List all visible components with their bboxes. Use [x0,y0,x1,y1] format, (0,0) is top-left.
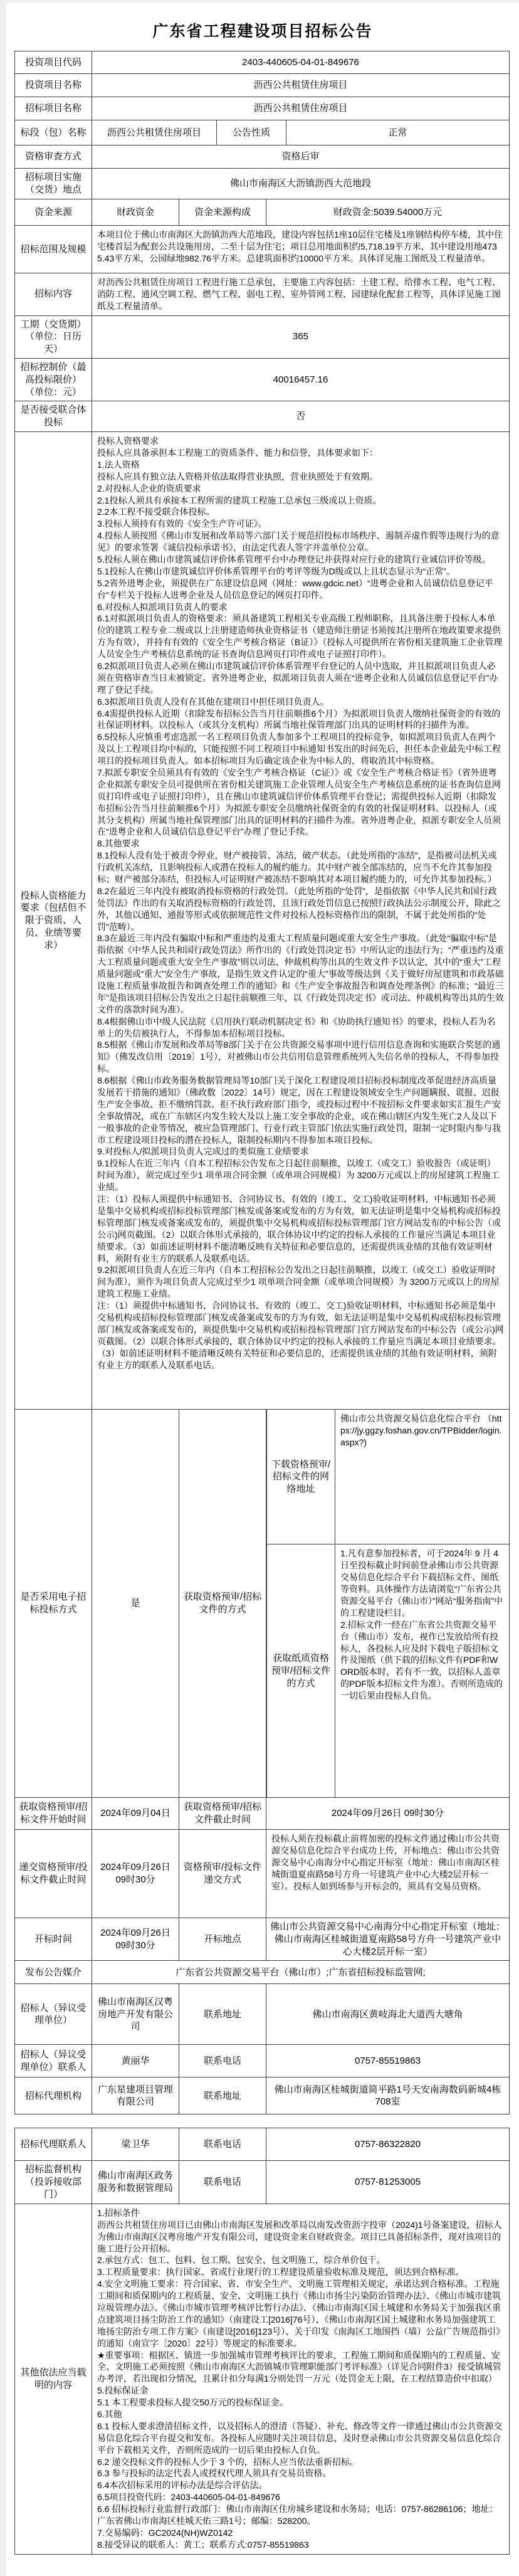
field-value: 佛山市南海区桂城街道简平路1号天安南海数码新城4栋708室 [266,2077,510,2114]
field-value: 沥西公共租赁住房项目 [92,73,510,97]
subrow-download-url: 下载资格预审/招标文件的网络地址 佛山市公共资源交易信息化综合平台 （https… [266,1409,510,1544]
field-label: 招标范围及规模 [14,225,92,273]
field-label: 资格预审/投标文件递交方式 [179,1829,266,1918]
field-value: 2024年09月04日 [92,1797,179,1830]
field-label: 投标人资格能力要求（包括但不限于资质、人员、业绩等要求） [14,431,92,1410]
field-label: 招标控制价（最高投标限价）（单位：元） [14,358,92,401]
field-value: 2403-440605-04-01-849676 [92,51,510,74]
document-access-subtable: 下载资格预审/招标文件的网络地址 佛山市公共资源交易信息化综合平台 （https… [266,1409,510,1798]
row-electronic-bidding: 是否采用电子招标投标方式 是 获取资格预审/招标文件的方式 下载资格预审/招标文… [14,1409,510,1798]
field-value: 佛山市南海区黄岐海北大道西大塘角 [266,1983,510,2045]
row-invest-name: 投资项目名称 沥西公共租赁住房项目 [14,73,510,97]
row-agency-contact: 招标代理联系人 梁卫华 联系电话 0757-86322820 [14,2128,510,2161]
row-price-limit: 招标控制价（最高投标限价）（单位：元） 40016457.16 [14,358,510,401]
row-supervisor: 招标监督机构（投诉接收部门） 佛山市南海区政务服务和数据管理局 联系电话 075… [14,2160,510,2204]
field-value: 沥西公共租赁住房项目 [92,97,510,120]
field-label: 递交资格预审/投标文件截止时间 [14,1829,92,1918]
field-label: 招标项目实施（交货）地点 [14,168,92,199]
row-content: 招标内容 对沥西公共租赁住房项目工程进行施工总承包，主要施工内容包括：土建工程、… [14,273,510,316]
field-value: 佛山市南海区汉粤房地产开发有限公司 [92,1983,179,2045]
field-label: 联系电话 [179,2128,266,2161]
field-value: 1.招标条件 沥西公共租赁住房项目已由佛山市南海区发展和改革局以南发改资沥字投审… [92,2204,510,2555]
field-value: 2024年09月26日 09时30分 [266,1797,510,1830]
subrow-paper-document: 获取纸质资格预审/招标文件的方式 1.凡有意参加投标者，可于2024年 9 月 … [266,1544,510,1798]
field-value: 佛山市南海区政务服务和数据管理局 [92,2160,179,2204]
row-location: 招标项目实施（交货）地点 佛山市南海区大沥镇沥西大范地段 [14,168,510,199]
row-tender-name: 招标项目名称 沥西公共租赁住房项目 [14,97,510,120]
field-label: 联系地址 [179,2077,266,2114]
field-value: 佛山市南海区大沥镇沥西大范地段 [92,168,510,199]
field-label: 资金来源 [14,199,92,226]
field-label: 是否采用电子招标投标方式 [14,1409,92,1798]
field-label: 获取纸质资格预审/招标文件的方式 [266,1544,335,1798]
field-label: 资金来源构成 [179,199,266,226]
field-label: 工期（交货期）（单位：日历天） [14,315,92,359]
announcement-page: 广东省工程建设项目招标公告 投资项目代码 2403-440605-04-01-8… [6,3,519,2576]
field-label: 开标地点 [179,1918,266,1961]
field-value: 广东星建项目管理有限公司 [92,2077,179,2114]
row-bid-opening: 开标时间 2024年09月26日09时30分 开标地点 佛山市公共资源交易中心南… [14,1918,510,1961]
field-value: 1.凡有意参加投标者，可于2024年 9 月 4 日至投标截止时间前登录佛山市公… [335,1544,510,1798]
field-label: 招标代理联系人 [14,2128,92,2161]
field-label: 招标人（异议受理单位） [14,1983,92,2045]
row-tenderer: 招标人（异议受理单位） 佛山市南海区汉粤房地产开发有限公司 联系地址 佛山市南海… [14,1983,510,2045]
row-other-content: 其他依法应当载明的内容 1.招标条件 沥西公共租赁住房项目已由佛山市南海区发展和… [14,2204,510,2555]
field-value: 广东省公共资源交易平台（佛山市）;广东省招标投标监管网; [92,1960,510,1984]
field-value: 40016457.16 [92,358,510,401]
field-label: 招标人（异议受理单位）联系人 [14,2044,92,2077]
field-value: 对沥西公共租赁住房项目工程进行施工总承包，主要施工内容包括：土建工程、给排水工程… [92,273,510,316]
field-value: 本项目位于佛山市南海区大沥镇沥西大范地段，建设内容包括1座10层住宅楼及1座钢结… [92,225,510,273]
field-value: 否 [92,401,510,432]
field-label: 获取资格预审/招标文件截止时间 [179,1797,266,1830]
field-label: 招标代理机构 [14,2077,92,2114]
field-label: 其他依法应当载明的内容 [14,2204,92,2555]
field-value: 0757-81253005 [266,2160,510,2204]
field-value: 财政资金:5039.54000万元 [266,199,510,226]
field-label: 投资项目代码 [14,51,92,74]
field-label: 标段（包）名称 [14,120,92,145]
field-value: 佛山市公共资源交易中心南海分中心指定开标室（地址：佛山市南海区桂城街道夏南路58… [266,1918,510,1961]
field-value: 梁卫华 [92,2128,179,2161]
row-consortium: 是否接受联合体投标 否 [14,401,510,432]
field-label: 开标时间 [14,1918,92,1961]
row-agency: 招标代理机构 广东星建项目管理有限公司 联系地址 佛山市南海区桂城街道简平路1号… [14,2077,510,2114]
field-value: 财政资金 [92,199,179,226]
field-label: 投资项目名称 [14,73,92,97]
field-label: 获取资格预审/招标文件的方式 [179,1409,266,1798]
field-value: 365 [92,315,510,359]
field-label: 发布公告媒介 [14,1960,92,1984]
field-label: 招标项目名称 [14,97,92,120]
row-section: 标段（包）名称 沥西公共租赁住房项目 公告性质 正常 [14,120,510,145]
row-scope: 招标范围及规模 本项目位于佛山市南海区大沥镇沥西大范地段，建设内容包括1座10层… [14,225,510,273]
field-label: 公告性质 [216,120,286,145]
field-label: 联系地址 [179,1983,266,2045]
field-value: 正常 [286,120,510,145]
row-funds: 资金来源 财政资金 资金来源构成 财政资金:5039.54000万元 [14,199,510,226]
announcement-table: 投资项目代码 2403-440605-04-01-849676 投资项目名称 沥… [14,51,510,2555]
field-value: 2024年09月26日09时30分 [92,1918,179,1961]
field-value: 投标人资格要求 投标人应具备承担本工程施工的资质条件、能力和信誉，具体要求如下：… [92,431,510,1410]
field-value: 投标人须在投标截止前将加密的投标文件通过佛山市公共资源交易信息化综合平台成功上传… [266,1829,510,1918]
field-value: 2024年09月26日09时30分 [92,1829,179,1918]
row-project-code: 投资项目代码 2403-440605-04-01-849676 [14,51,510,74]
field-label: 招标内容 [14,273,92,316]
field-value: 沥西公共租赁住房项目 [92,120,217,145]
field-value: 0757-85519863 [266,2044,510,2077]
field-value: 0757-86322820 [266,2128,510,2161]
field-label: 资格审查方式 [14,145,92,169]
field-label: 联系电话 [179,2044,266,2077]
row-qualification-requirements: 投标人资格能力要求（包括但不限于资质、人员、业绩等要求） 投标人资格要求 投标人… [14,431,510,1410]
field-value: 黄丽华 [92,2044,179,2077]
field-label: 联系电话 [179,2160,266,2204]
row-duration: 工期（交货期）（单位：日历天） 365 [14,315,510,359]
field-label: 下载资格预审/招标文件的网络地址 [266,1409,335,1544]
row-submission: 递交资格预审/投标文件截止时间 2024年09月26日09时30分 资格预审/投… [14,1829,510,1918]
row-qualify-method: 资格审查方式 资格后审 [14,145,510,169]
field-label: 获取资格预审/招标文件开始时间 [14,1797,92,1830]
table-gap [14,2114,510,2128]
download-url-value: 佛山市公共资源交易信息化综合平台 （https://jy.ggzy.foshan… [335,1409,510,1544]
row-media: 发布公告媒介 广东省公共资源交易平台（佛山市）;广东省招标投标监管网; [14,1960,510,1984]
row-document-time: 获取资格预审/招标文件开始时间 2024年09月04日 获取资格预审/招标文件截… [14,1797,510,1830]
field-label: 招标监督机构（投诉接收部门） [14,2160,92,2204]
field-value: 是 [92,1409,179,1798]
field-label: 是否接受联合体投标 [14,401,92,432]
row-tenderer-contact: 招标人（异议受理单位）联系人 黄丽华 联系电话 0757-85519863 [14,2044,510,2077]
page-title: 广东省工程建设项目招标公告 [6,19,519,41]
field-value: 资格后审 [92,145,510,169]
